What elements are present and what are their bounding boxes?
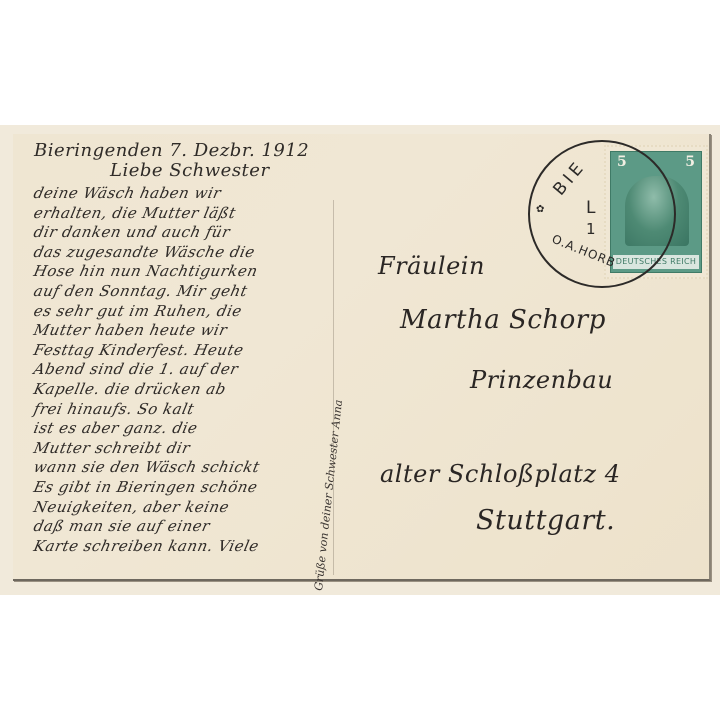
postmark: BIE L 1 ✿ O.A.HORB xyxy=(528,140,676,288)
message-line: erhalten, die Mutter läßt xyxy=(32,203,238,223)
message-line: wann sie den Wäsch schickt xyxy=(32,457,262,477)
message-line: das zugesandte Wäsche die xyxy=(32,242,257,262)
message-line: Mutter schreibt dir xyxy=(32,438,192,458)
message-line: Mutter haben heute wir xyxy=(32,320,229,340)
street: alter Schloßplatz 4 xyxy=(380,460,620,488)
message-line: dir danken und auch für xyxy=(32,222,232,242)
postmark-bottom-text: O.A.HORB xyxy=(550,232,618,270)
postmark-line-2: 1 xyxy=(586,220,596,238)
message-line: es sehr gut im Ruhen, die xyxy=(32,301,244,321)
message-line: Neuigkeiten, aber keine xyxy=(32,497,231,517)
message-line: Hose hin nun Nachtigurken xyxy=(32,261,260,281)
message-line: Es gibt in Bieringen schöne xyxy=(32,477,260,497)
message-line: daß man sie auf einer xyxy=(32,516,212,536)
address-line-3: Prinzenbau xyxy=(470,366,613,394)
message-line: Kapelle. die drücken ab xyxy=(32,379,228,399)
city: Stuttgart. xyxy=(476,505,615,536)
postmark-top-text: BIE xyxy=(549,156,590,199)
salutation: Liebe Schwester xyxy=(110,160,270,181)
message-line: frei hinaufs. So kalt xyxy=(32,399,196,419)
stamp-value-right: 5 xyxy=(685,154,695,170)
place-date: Bieringenden 7. Dezbr. 1912 xyxy=(34,140,309,161)
recipient-name: Martha Schorp xyxy=(400,305,606,335)
message-line: deine Wäsch haben wir xyxy=(32,183,223,203)
recipient-title: Fräulein xyxy=(378,252,485,280)
message-line: Karte schreiben kann. Viele xyxy=(32,536,261,556)
message-line: ist es aber ganz. die xyxy=(32,418,200,438)
message-line: auf den Sonntag. Mir geht xyxy=(32,281,250,301)
message-line: Festtag Kinderfest. Heute xyxy=(32,340,246,360)
postmark-line-1: L xyxy=(586,198,595,218)
postmark-ornament-icon: ✿ xyxy=(536,204,544,215)
divider-line xyxy=(333,200,334,575)
message-line: Abend sind die 1. auf der xyxy=(32,359,240,379)
